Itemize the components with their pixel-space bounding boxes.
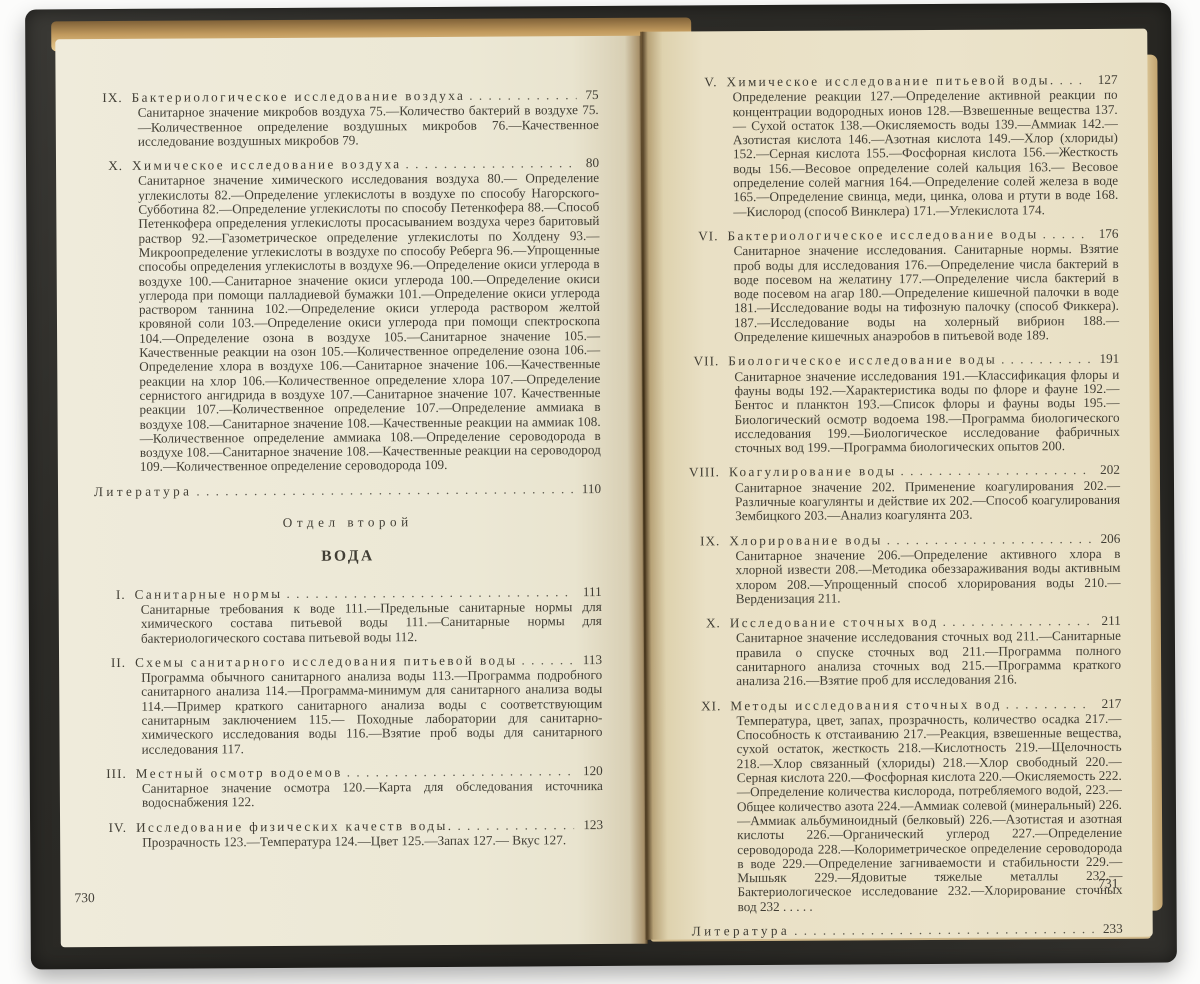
toc-entry-title: Санитарные нормы [135, 587, 283, 602]
toc-entry-subtopics: Санитарное значение 202. Применение коаг… [735, 479, 1120, 524]
leader-dots [1060, 73, 1089, 87]
toc-page-number: 113 [578, 653, 602, 667]
leader-dots [943, 614, 1093, 629]
toc-entry-heading: XI. Методы исследования сточных вод 217 [690, 696, 1121, 713]
toc-entry-subtopics: Определение реакции 127.—Определение акт… [733, 88, 1119, 219]
toc-entry: II. Схемы санитарного исследования питье… [95, 653, 603, 757]
toc-entry: XI. Методы исследования сточных вод 217 … [690, 696, 1122, 914]
toc-page-number: 191 [1094, 352, 1119, 366]
toc-entry-subtopics: Санитарное значение 206.—Определение акт… [735, 547, 1120, 607]
toc-page-number: 176 [1094, 227, 1119, 241]
leader-dots [1001, 352, 1090, 367]
toc-roman-numeral: VIII. [689, 466, 729, 481]
toc-entry: VIII. Коагулирование воды 202 Санитарное… [689, 463, 1120, 524]
toc-entry-subtopics: Санитарное значение исследования 191.—Кл… [734, 367, 1120, 455]
right-toc-entries: V. Химическое исследование питьевой воды… [686, 73, 1122, 915]
literature-label: Литература [692, 924, 790, 939]
toc-page-number: 211 [1096, 614, 1120, 628]
toc-entry: I. Санитарные нормы 111 Санитарные требо… [95, 585, 602, 646]
toc-roman-numeral: III. [96, 767, 136, 782]
literature-page-number: 233 [1098, 922, 1123, 936]
toc-entry: IV. Исследование физических качеств воды… [96, 818, 603, 851]
toc-entry-heading: X. Исследование сточных вод 211 [690, 614, 1121, 631]
toc-entry-subtopics: Санитарное значение химического исследов… [138, 171, 601, 474]
toc-roman-numeral: X. [690, 616, 730, 631]
toc-entry-heading: VI. Бактериологическое исследование воды… [687, 227, 1118, 244]
toc-entry-subtopics: Прозрачность 123.—Температура 124.—Цвет … [142, 833, 603, 850]
section-title: ВОДА [94, 548, 601, 565]
left-folio-number: 730 [74, 891, 94, 905]
toc-entry: IX. Хлорирование воды 206 Санитарное зна… [689, 531, 1120, 606]
toc-roman-numeral: II. [95, 656, 135, 671]
toc-roman-numeral: IX. [689, 534, 729, 549]
toc-entry-heading: VII. Биологическое исследование воды 191 [688, 352, 1119, 369]
toc-entry-subtopics: Санитарное значение исследования. Санита… [734, 242, 1120, 344]
toc-entry: VII. Биологическое исследование воды 191… [688, 352, 1120, 456]
toc-page-number: 127 [1093, 73, 1118, 87]
toc-page-number: 80 [581, 156, 599, 170]
toc-roman-numeral: I. [95, 587, 135, 602]
toc-page-number: 75 [580, 88, 598, 102]
toc-entry-subtopics: Температура, цвет, запах, прозрачность, … [736, 712, 1122, 915]
toc-entry: V. Химическое исследование питьевой воды… [686, 73, 1118, 220]
right-folio-number: 731 [1098, 877, 1118, 891]
toc-entry-title: Химическое исследование воздуха [132, 157, 402, 173]
section-kicker: Отдел второй [94, 514, 601, 531]
toc-page-number: 123 [578, 818, 603, 832]
toc-page-number: 111 [578, 585, 602, 599]
leader-dots [1006, 697, 1093, 712]
leader-dots [521, 653, 573, 668]
toc-page-number: 202 [1095, 463, 1120, 477]
literature-page-number: 110 [577, 482, 601, 496]
leader-dots [1043, 227, 1090, 242]
toc-roman-numeral: VI. [687, 229, 727, 244]
leader-dots [196, 482, 572, 499]
toc-entry-heading: IX. Хлорирование воды 206 [689, 531, 1120, 548]
toc-roman-numeral: XI. [690, 699, 730, 714]
toc-entry-subtopics: Санитарное значение микробов воздуха 75.… [138, 103, 599, 149]
toc-page-number: 217 [1097, 696, 1122, 710]
toc-roman-numeral: X. [92, 159, 132, 174]
leader-dots [405, 156, 576, 171]
toc-entry: VI. Бактериологическое исследование воды… [687, 227, 1119, 345]
toc-entry-title: Хлорирование воды [729, 533, 883, 548]
toc-entry-subtopics: Санитарное значение осмотра 120.—Карта д… [142, 779, 603, 810]
leader-dots [794, 922, 1094, 938]
toc-page-number: 206 [1096, 531, 1121, 545]
toc-entry: IX. Бактериологическое исследование возд… [92, 88, 599, 149]
toc-entry-title: Исследование сточных вод [730, 615, 939, 631]
left-page: IX. Бактериологическое исследование возд… [55, 36, 648, 948]
literature-row: Литература 233 [692, 922, 1123, 939]
leader-dots [887, 532, 1092, 548]
open-book: IX. Бактериологическое исследование возд… [25, 3, 1177, 970]
toc-roman-numeral: IX. [92, 91, 132, 106]
toc-entry-heading: VIII. Коагулирование воды 202 [689, 463, 1120, 480]
leader-dots [469, 88, 576, 103]
toc-page-number: 120 [578, 764, 603, 778]
toc-entry-title: Биологическое исследование воды [728, 353, 997, 369]
toc-entry-subtopics: Санитарное значение исследования сточных… [736, 629, 1121, 689]
toc-roman-numeral: V. [686, 75, 726, 90]
toc-roman-numeral: IV. [96, 821, 136, 836]
toc-roman-numeral: VII. [688, 355, 728, 370]
toc-entry-title: Методы исследования сточных вод [730, 697, 1001, 713]
literature-label: Литература [94, 484, 192, 499]
toc-entry: X. Исследование сточных вод 211 Санитарн… [690, 614, 1121, 689]
left-toc-water-entries: I. Санитарные нормы 111 Санитарные требо… [95, 585, 604, 851]
toc-entry-subtopics: Санитарные требования к воде 111.—Предел… [141, 600, 602, 646]
literature-row: Литература 110 [94, 482, 601, 499]
toc-entry: X. Химическое исследование воздуха 80 Са… [92, 156, 601, 475]
leader-dots [457, 818, 574, 833]
toc-entry-subtopics: Программа обычного санитарного анализа в… [141, 668, 603, 757]
leader-dots [347, 764, 574, 780]
toc-entry: III. Местный осмотр водоемов 120 Санитар… [96, 764, 603, 811]
toc-entry-title: Коагулирование воды [729, 465, 897, 480]
right-page: V. Химическое исследование питьевой воды… [642, 29, 1153, 940]
leader-dots [286, 585, 573, 601]
left-toc-air-entries: IX. Бактериологическое исследование возд… [92, 88, 601, 475]
leader-dots [900, 463, 1091, 478]
toc-entry-title: Местный осмотр водоемов [136, 765, 343, 781]
